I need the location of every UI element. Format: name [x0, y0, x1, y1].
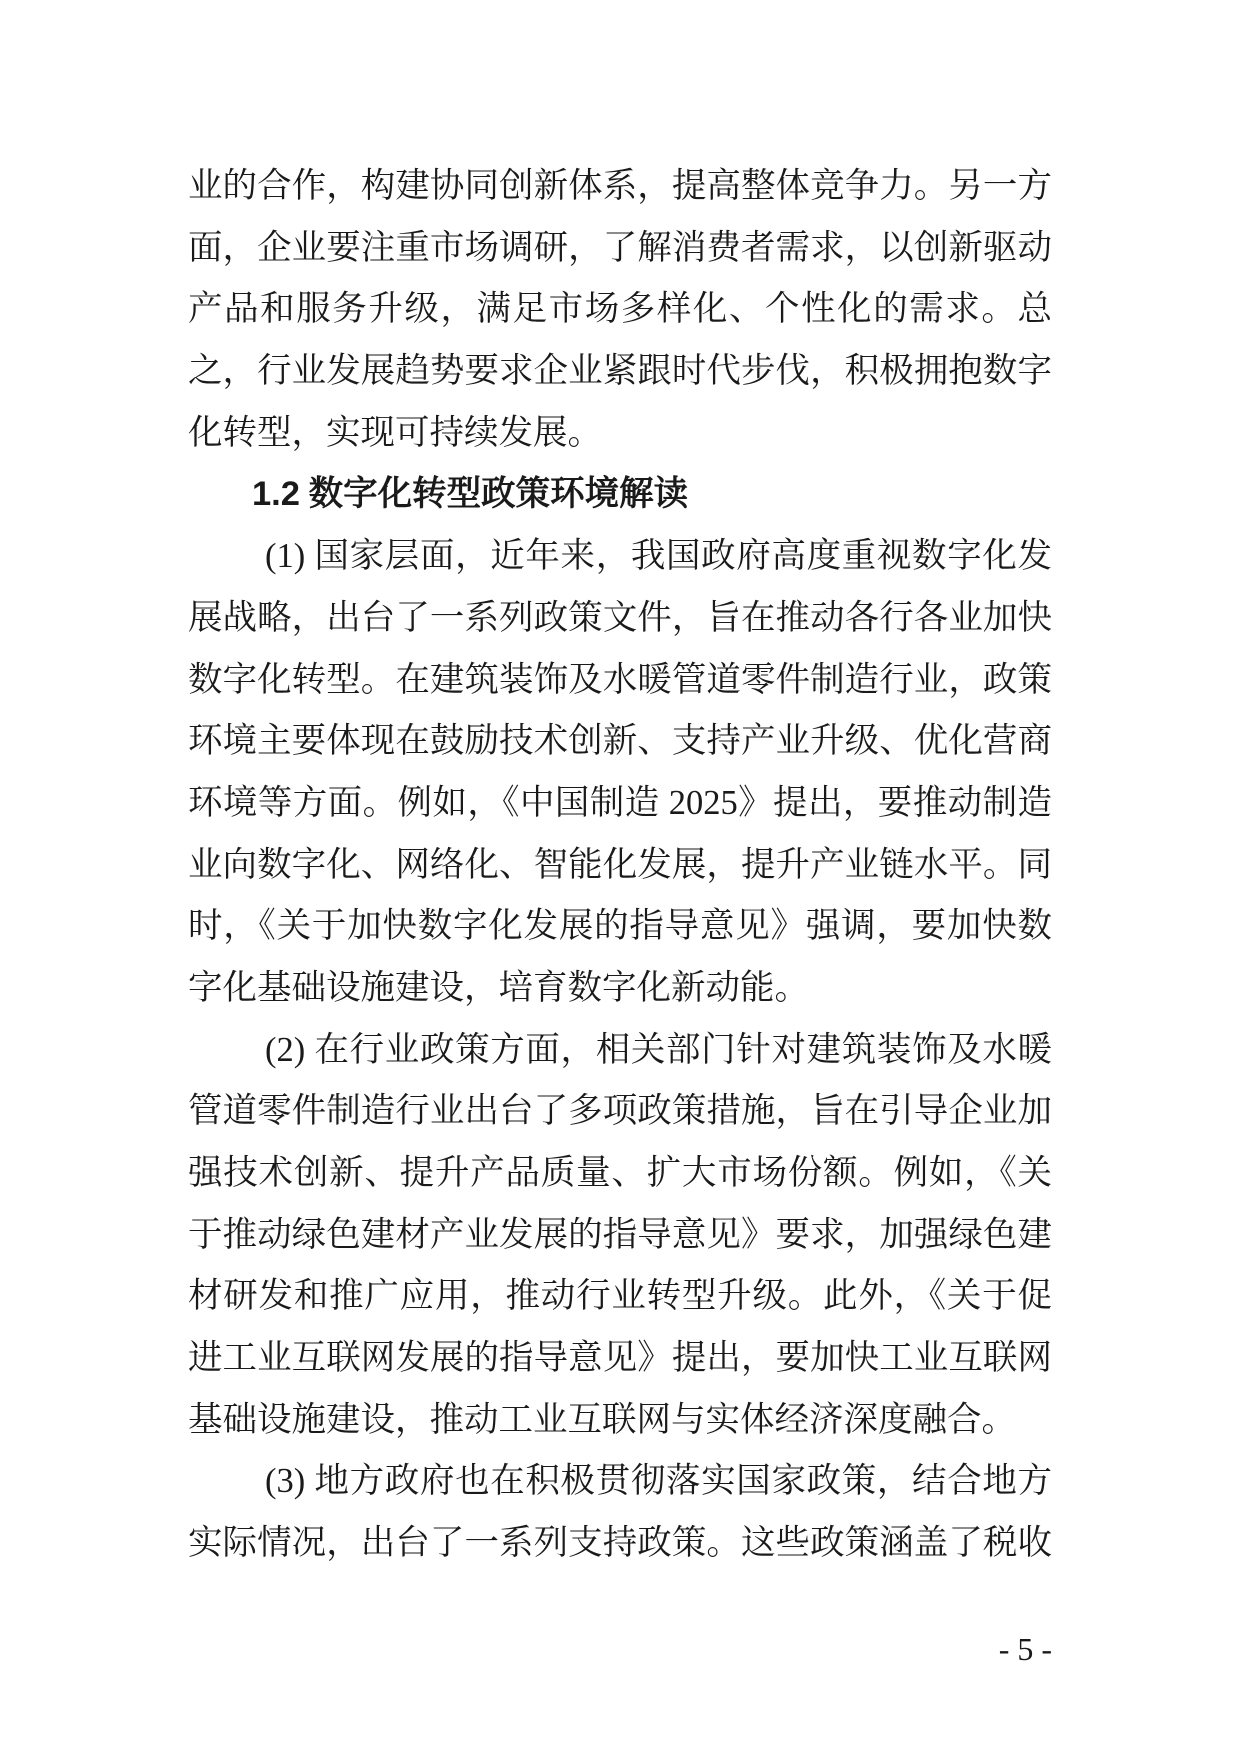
paragraph-4: (3) 地方政府也在积极贯彻落实国家政策，结合地方 实际情况，出台了一系列支持政…	[188, 1451, 1052, 1574]
text-line: 数字化转型。在建筑装饰及水暖管道零件制造行业，政策	[188, 650, 1052, 712]
text-line: 业的合作，构建协同创新体系，提高整体竞争力。另一方	[188, 156, 1052, 218]
text-line: 字化基础设施建设，培育数字化新动能。	[188, 958, 1052, 1020]
text-line: 业向数字化、网络化、智能化发展，提升产业链水平。同	[188, 835, 1052, 897]
text-line: 产品和服务升级，满足市场多样化、个性化的需求。总	[188, 279, 1052, 341]
text-line: 化转型，实现可持续发展。	[188, 403, 1052, 465]
text-block: 业的合作，构建协同创新体系，提高整体竞争力。另一方 面，企业要注重市场调研，了解…	[188, 156, 1052, 1575]
text-line: 基础设施建设，推动工业互联网与实体经济深度融合。	[188, 1390, 1052, 1452]
paragraph-3: (2) 在行业政策方面，相关部门针对建筑装饰及水暖 管道零件制造行业出台了多项政…	[188, 1020, 1052, 1452]
text-line: 时，《关于加快数字化发展的指导意见》强调，要加快数	[188, 896, 1052, 958]
text-line: 面，企业要注重市场调研，了解消费者需求，以创新驱动	[188, 218, 1052, 280]
text-line: 强技术创新、提升产品质量、扩大市场份额。例如，《关	[188, 1143, 1052, 1205]
text-line: 环境主要体现在鼓励技术创新、支持产业升级、优化营商	[188, 711, 1052, 773]
paragraph-2: (1) 国家层面，近年来，我国政府高度重视数字化发 展战略，出台了一系列政策文件…	[188, 526, 1052, 1020]
text-line: 环境等方面。例如，《中国制造 2025》提出，要推动制造	[188, 773, 1052, 835]
section-heading-text: 数字化转型政策环境解读	[309, 475, 689, 513]
text-line: 进工业互联网发展的指导意见》提出，要加快工业互联网	[188, 1328, 1052, 1390]
text-line: 材研发和推广应用，推动行业转型升级。此外，《关于促	[188, 1266, 1052, 1328]
text-line: (3) 地方政府也在积极贯彻落实国家政策，结合地方	[188, 1451, 1052, 1513]
text-line: (2) 在行业政策方面，相关部门针对建筑装饰及水暖	[188, 1020, 1052, 1082]
section-heading-1-2: 1.2 数字化转型政策环境解读	[188, 464, 1052, 526]
text-line: 实际情况，出台了一系列支持政策。这些政策涵盖了税收	[188, 1513, 1052, 1575]
page-number: - 5 -	[999, 1628, 1052, 1670]
section-heading-number: 1.2	[252, 475, 300, 513]
text-line: 之，行业发展趋势要求企业紧跟时代步伐，积极拥抱数字	[188, 341, 1052, 403]
text-line: (1) 国家层面，近年来，我国政府高度重视数字化发	[188, 526, 1052, 588]
text-line: 展战略，出台了一系列政策文件，旨在推动各行各业加快	[188, 588, 1052, 650]
text-line: 于推动绿色建材产业发展的指导意见》要求，加强绿色建	[188, 1205, 1052, 1267]
paragraph-1: 业的合作，构建协同创新体系，提高整体竞争力。另一方 面，企业要注重市场调研，了解…	[188, 156, 1052, 464]
text-line: 管道零件制造行业出台了多项政策措施，旨在引导企业加	[188, 1081, 1052, 1143]
document-page: 业的合作，构建协同创新体系，提高整体竞争力。另一方 面，企业要注重市场调研，了解…	[0, 0, 1240, 1753]
